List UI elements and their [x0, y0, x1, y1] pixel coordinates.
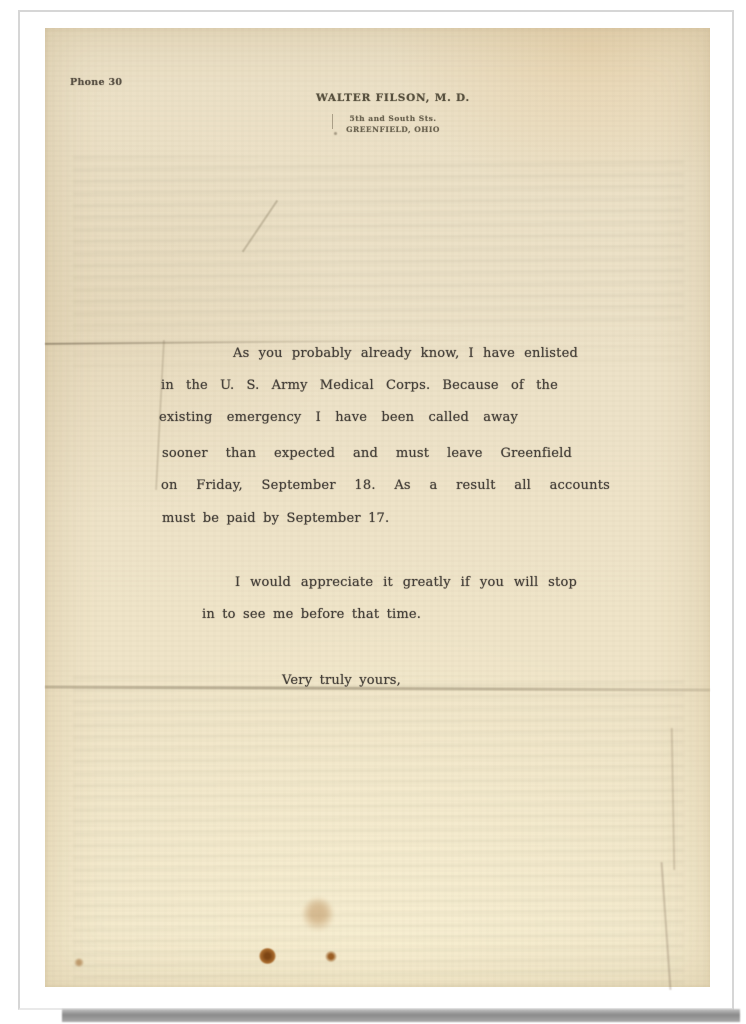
fold-crease — [671, 728, 675, 870]
fold-crease — [661, 862, 672, 990]
letter-line: I would appreciate it greatly if you wil… — [235, 575, 577, 590]
showthrough-text-band — [73, 156, 684, 326]
scanned-letter-page: { "page": { "phone_label": "Phone 30", "… — [0, 0, 746, 1024]
stain — [74, 958, 84, 967]
letter-line: existing emergency I have been called aw… — [159, 410, 518, 425]
letterhead-name: WALTER FILSON, M. D. — [297, 92, 489, 104]
letter-closing: Very truly yours, — [282, 673, 401, 688]
ink-speck — [334, 132, 337, 135]
phone-number-label: Phone 30 — [70, 77, 122, 88]
letterhead-address-line2: GREENFIELD, OHIO — [297, 125, 489, 134]
letterhead: WALTER FILSON, M. D. 5th and South Sts. … — [297, 92, 489, 134]
letter-line: in the U. S. Army Medical Corps. Because… — [161, 378, 558, 393]
stain — [303, 898, 333, 932]
stain — [259, 948, 276, 964]
paper-grain-texture — [45, 28, 710, 987]
letter-line: sooner than expected and must leave Gree… — [162, 446, 572, 461]
letter-line: in to see me before that time. — [202, 607, 421, 622]
letter-line: on Friday, September 18. As a result all… — [161, 478, 610, 493]
fold-crease — [242, 200, 278, 252]
letterhead-address-line1: 5th and South Sts. — [297, 114, 489, 123]
fold-crease — [45, 339, 475, 345]
letter-line: must be paid by September 17. — [162, 511, 389, 526]
letter-line: As you probably already know, I have enl… — [233, 346, 578, 361]
stain — [325, 951, 337, 962]
showthrough-text-band — [73, 676, 684, 986]
letter-paper: Phone 30 WALTER FILSON, M. D. 5th and So… — [45, 28, 710, 987]
card-drop-shadow — [62, 1009, 740, 1022]
ink-mark — [332, 114, 333, 129]
